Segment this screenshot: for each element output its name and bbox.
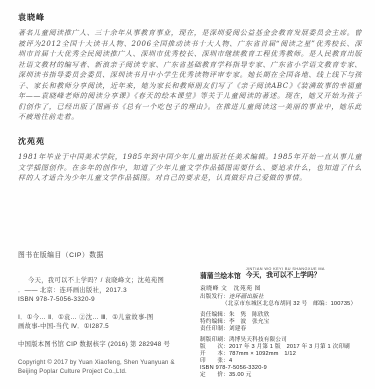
publication-info-column: 蒲蒲兰绘本馆 JINTIAN WO KEYI BU SHANGXUE MA 今天… [200, 268, 372, 379]
sheets-line: 印 张：4 [200, 358, 372, 365]
isbn-line: ISBN 978-7-5056-3320-9 [200, 365, 372, 372]
author-name: 沈苑苑 [18, 136, 362, 147]
author-name: 袁晓峰 [18, 12, 362, 23]
publisher-address: （北京市东城区北总布胡同 32 号 邮编：100735） [200, 301, 372, 308]
contributing-editor-line: 特约编辑：李 波 张允宝 [200, 319, 372, 326]
publisher-name: 连环画出版社 [229, 294, 264, 300]
book-title: 今天，我可以不上学吗？ [246, 273, 325, 280]
price-line: 定 价：35.00 元 [200, 372, 372, 379]
copyright-line-1: Copyright © 2017 by Yuan Xiaofeng, Shen … [18, 359, 175, 368]
author-credits: 袁晓峰 文 沈苑苑 图 [200, 283, 372, 292]
format-line: 开 本：787mm × 1092mm 1/12 [200, 351, 372, 358]
book-colophon-page: 袁晓峰 著名儿童阅读推广人、三十余年从事教育事业，现在，是深圳爱阅公益基金会教育… [0, 0, 375, 389]
copyright-notice: Copyright © 2017 by Yuan Xiaofeng, Shen … [18, 359, 175, 376]
publisher-line: 出版发行：连环画出版社 [200, 294, 372, 301]
author-bio-yuan-xiaofeng: 袁晓峰 著名儿童阅读推广人、三十余年从事教育事业，现在，是深圳爱阅公益基金会教育… [18, 12, 362, 123]
series-name: 蒲蒲兰绘本馆 [200, 270, 241, 280]
author-bio-shen-yuanyuan: 沈苑苑 1981年毕业于中国美术学院，1985年到中国少年儿童出版社任美术编辑。… [18, 136, 362, 184]
colophon-header: 蒲蒲兰绘本馆 JINTIAN WO KEYI BU SHANGXUE MA 今天… [200, 268, 372, 280]
copyright-line-2: Beijing Poplar Culture Project Co.,Ltd. [18, 368, 175, 377]
cip-heading: 图书在版编目（CIP）数据 [18, 249, 253, 259]
author-bio-text: 1981年毕业于中国美术学院，1985年到中国少年儿童出版社任美术编辑。1985… [18, 152, 362, 184]
author-bio-text: 著名儿童阅读推广人、三十余年从事教育事业，现在，是深圳爱阅公益基金会教育发展委员… [18, 28, 362, 123]
printer-line: 制版印刷：鸿博昊天科技有限公司 [200, 337, 372, 344]
print-supervisor-line: 责任印制：刘建春 [200, 326, 372, 333]
publisher-label: 出版发行： [200, 294, 229, 300]
editor-line: 责任编辑：朱 隽 陈欣欣 [200, 312, 372, 319]
title-block: JINTIAN WO KEYI BU SHANGXUE MA 今天，我可以不上学… [246, 268, 325, 280]
edition-line: 版 次：2017 年 3 月第 1 版 2017 年 3 月第 1 次印刷 [200, 344, 372, 351]
